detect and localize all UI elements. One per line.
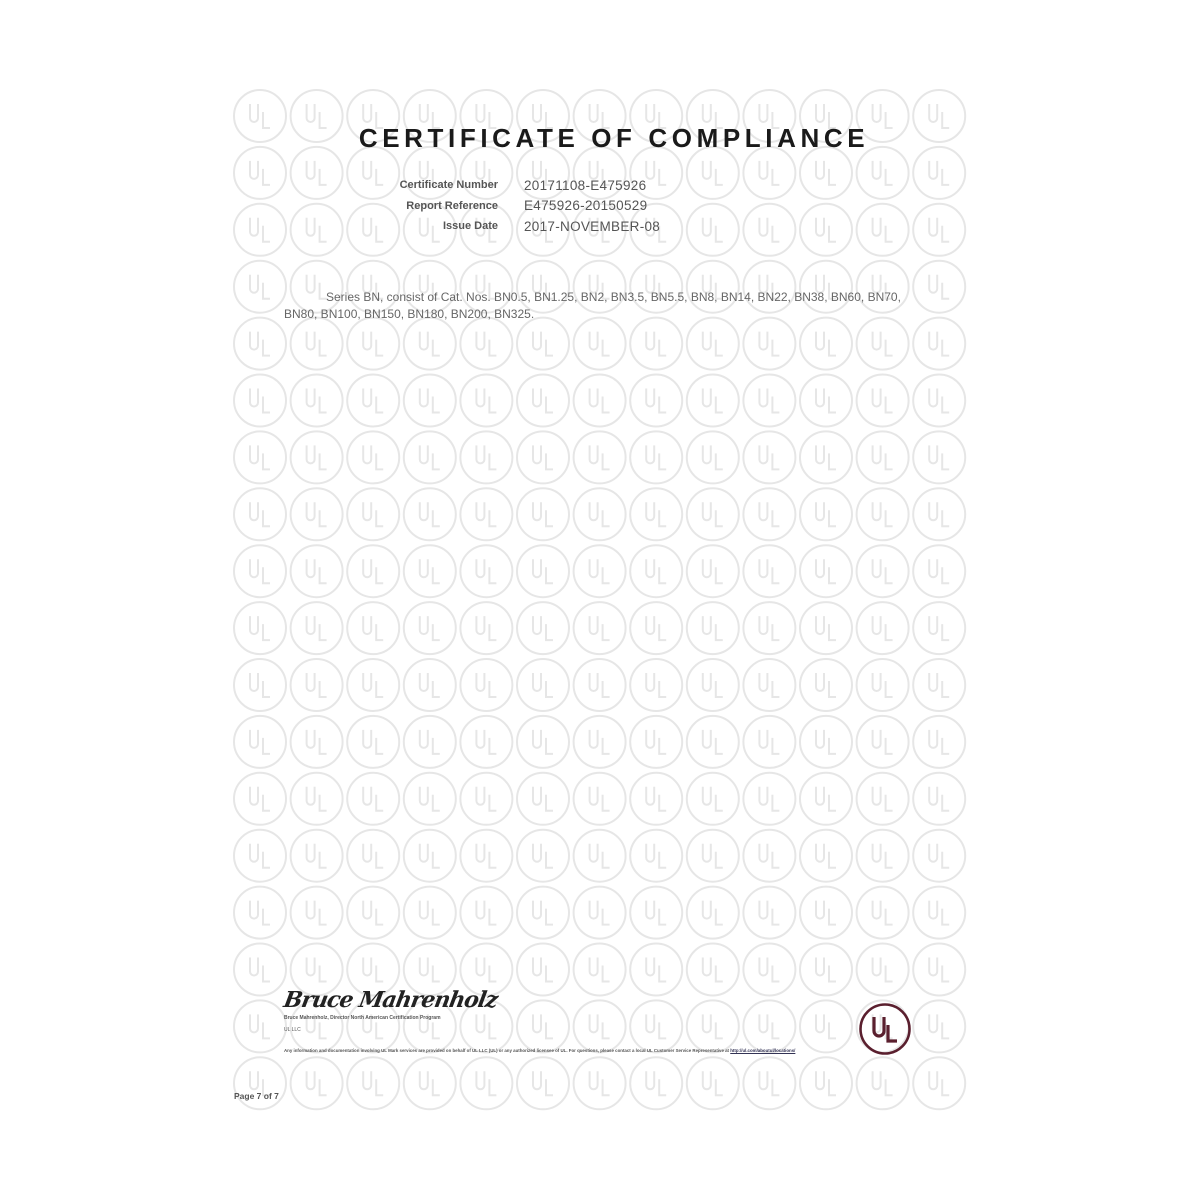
certificate-title: CERTIFICATE OF COMPLIANCE <box>228 123 972 154</box>
ul-watermark-icon <box>228 84 972 1114</box>
disclaimer: Any information and documentation involv… <box>284 1047 814 1054</box>
page-number: Page 7 of 7 <box>234 1091 279 1101</box>
certificate-number-label: Certificate Number <box>328 179 524 191</box>
product-description: Series BN, consist of Cat. Nos. BN0.5, B… <box>284 289 920 323</box>
certificate-number-row: Certificate Number 20171108-E475926 <box>328 175 660 196</box>
ul-logo-icon <box>858 1002 912 1056</box>
certificate-meta: Certificate Number 20171108-E475926 Repo… <box>328 175 660 237</box>
report-reference-row: Report Reference E475926-20150529 <box>328 196 660 217</box>
disclaimer-text: Any information and documentation involv… <box>284 1048 729 1053</box>
certificate-page: CERTIFICATE OF COMPLIANCE Certificate Nu… <box>228 84 972 1114</box>
issue-date-label: Issue Date <box>328 220 524 232</box>
issue-date-value: 2017-NOVEMBER-08 <box>524 219 660 234</box>
signature-block: Bruce Mahrenholz Bruce Mahrenholz, Direc… <box>284 987 497 1033</box>
signature: Bruce Mahrenholz <box>282 987 500 1013</box>
issue-date-row: Issue Date 2017-NOVEMBER-08 <box>328 216 660 237</box>
signatory-name: Bruce Mahrenholz, Director North America… <box>284 1015 497 1021</box>
report-reference-label: Report Reference <box>328 200 524 212</box>
locations-link[interactable]: http://ul.com/aboutul/locations/ <box>730 1048 795 1053</box>
signatory-org: UL LLC <box>284 1027 497 1033</box>
certificate-number-value: 20171108-E475926 <box>524 178 646 193</box>
report-reference-value: E475926-20150529 <box>524 198 647 213</box>
